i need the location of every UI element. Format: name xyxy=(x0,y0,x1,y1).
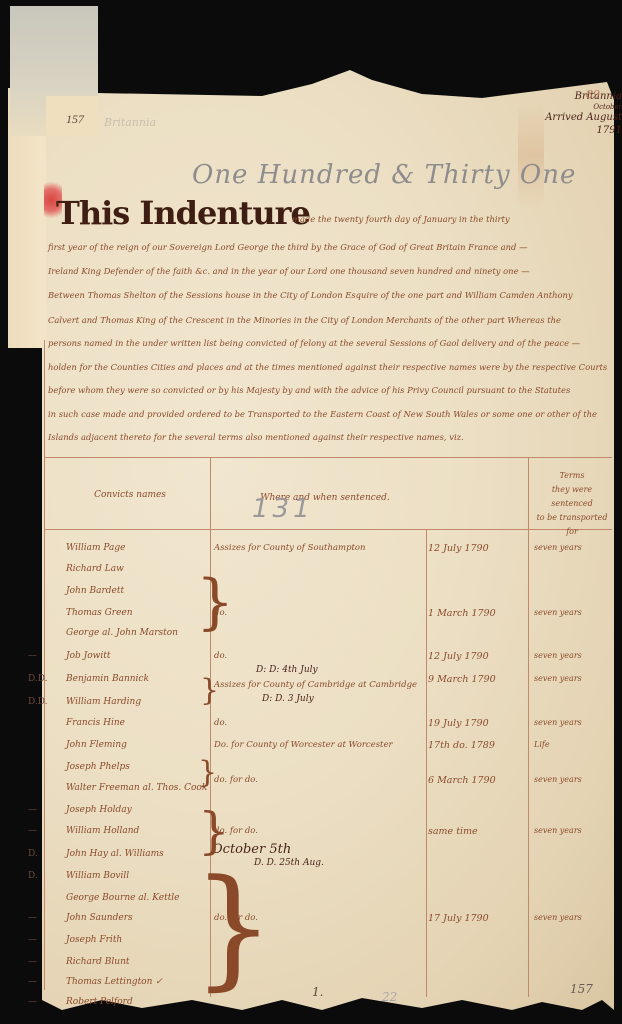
margin-mark: — xyxy=(28,805,37,815)
sentence-term: seven years xyxy=(534,674,582,683)
table-row: — Joseph Holday xyxy=(0,805,622,825)
margin-mark: D.D. xyxy=(28,674,48,684)
sentence-term: seven years xyxy=(534,826,582,835)
table-row: — Robert Pelford xyxy=(0,997,622,1017)
pencil-number: 131 xyxy=(252,494,314,524)
corner-ship: Britannia xyxy=(520,90,622,103)
body-line: Ireland King Defender of the faith &c. a… xyxy=(48,266,530,276)
convict-name: John Hay al. Williams xyxy=(66,849,164,859)
convict-name: William Harding xyxy=(66,697,141,707)
margin-mark: — xyxy=(28,997,37,1007)
header-terms-2: they were sentenced xyxy=(532,483,612,511)
table-row: George Bourne al. Kettle xyxy=(0,893,622,913)
bracket-group-5: } xyxy=(192,862,275,992)
sentence-date: 17th do. 1789 xyxy=(428,740,495,751)
table-row: Walter Freeman al. Thos. Cook do. for do… xyxy=(0,783,622,803)
folio-number: 89 xyxy=(586,88,600,101)
margin-mark: — xyxy=(28,651,37,661)
margin-mark: — xyxy=(28,913,37,923)
bracket-group-4: } xyxy=(198,806,230,856)
corner-arrived: Arrived August 1791 xyxy=(520,111,622,137)
annotation-dd-3-july: D: D. 3 July xyxy=(262,694,314,704)
pencil-title: One Hundred & Thirty One xyxy=(192,160,576,190)
convict-name: Joseph Phelps xyxy=(66,762,130,772)
body-line: holden for the Counties Cities and place… xyxy=(48,362,607,372)
sentence-term: seven years xyxy=(534,775,582,784)
convict-name: George Bourne al. Kettle xyxy=(66,893,180,903)
table-row: — Thomas Lettington ✓ xyxy=(0,977,622,997)
convict-name: Job Jowitt xyxy=(66,651,111,661)
sentence-date: 1 March 1790 xyxy=(428,608,496,619)
table-header-rule xyxy=(44,529,612,530)
table-row: John Fleming Do. for County of Worcester… xyxy=(0,740,622,760)
sentence-term: seven years xyxy=(534,543,582,552)
pencil-mark: 22 xyxy=(382,990,397,1004)
body-line: Calvert and Thomas King of the Crescent … xyxy=(48,315,561,325)
table-row: D.D. Benjamin Bannick Assizes for County… xyxy=(0,674,622,694)
convict-name: Richard Blunt xyxy=(66,957,129,967)
table-row: William Page Assizes for County of South… xyxy=(0,543,622,563)
margin-mark: D. xyxy=(28,871,38,881)
sentence-date: 12 July 1790 xyxy=(428,543,489,554)
sentence-date: 19 July 1790 xyxy=(428,718,489,729)
convict-name: George al. John Marston xyxy=(66,628,178,638)
convict-name: Thomas Lettington ✓ xyxy=(66,977,163,987)
sentence-term: seven years xyxy=(534,913,582,922)
faint-ship-name: Britannia xyxy=(104,116,156,129)
header-convicts-names: Convicts names xyxy=(60,490,200,500)
convict-name: Robert Pelford xyxy=(66,997,133,1007)
sentence-date: same time xyxy=(428,826,478,837)
convict-name: Richard Law xyxy=(66,564,124,574)
sentence-place: do. xyxy=(214,651,227,661)
table-row: Thomas Green do. 1 March 1790 seven year… xyxy=(0,608,622,628)
table-row: — Joseph Frith xyxy=(0,935,622,955)
table-row: John Bardett xyxy=(0,586,622,606)
convict-name: John Fleming xyxy=(66,740,127,750)
table-row: Francis Hine do. 19 July 1790 seven year… xyxy=(0,718,622,738)
table-row: George al. John Marston xyxy=(0,628,622,648)
convict-name: John Bardett xyxy=(66,586,124,596)
margin-mark: D. xyxy=(28,849,38,859)
table-row: — John Saunders do. for do. 17 July 1790… xyxy=(0,913,622,933)
sentence-term: seven years xyxy=(534,608,582,617)
margin-mark: — xyxy=(28,977,37,987)
header-terms-1: Terms xyxy=(532,469,612,483)
bracket-group-1: } xyxy=(196,572,234,632)
table-row: — William Holland do. for do. same time … xyxy=(0,826,622,846)
sentence-date: 12 July 1790 xyxy=(428,651,489,662)
body-line: before whom they were so convicted or by… xyxy=(48,385,570,395)
convict-name: Thomas Green xyxy=(66,608,133,618)
body-line: persons named in the under written list … xyxy=(48,338,580,348)
bracket-group-3: } xyxy=(198,758,217,788)
convict-name: Walter Freeman al. Thos. Cook xyxy=(66,783,207,793)
body-line: Between Thomas Shelton of the Sessions h… xyxy=(48,290,573,300)
body-line: first year of the reign of our Sovereign… xyxy=(48,242,527,252)
heading-tail: made the twenty fourth day of January in… xyxy=(292,214,510,224)
margin-mark: — xyxy=(28,957,37,967)
margin-mark: D.D. xyxy=(28,697,48,707)
margin-mark: — xyxy=(28,826,37,836)
convict-name: Francis Hine xyxy=(66,718,125,728)
table-row: Richard Law xyxy=(0,564,622,584)
sentence-place: Assizes for County of Cambridge at Cambr… xyxy=(214,680,417,690)
sentence-place: Do. for County of Worcester at Worcester xyxy=(214,740,393,750)
body-line: Islands adjacent thereto for the several… xyxy=(48,432,464,442)
table-top-rule xyxy=(44,457,612,458)
page-mark: 1. xyxy=(312,985,323,999)
sentence-term: seven years xyxy=(534,718,582,727)
sentence-date: 17 July 1790 xyxy=(428,913,489,924)
document-heading: This Indenture xyxy=(56,194,310,232)
sentence-place: do. for do. xyxy=(214,775,258,785)
table-row: D. William Bovill xyxy=(0,871,622,891)
table-row: — Richard Blunt xyxy=(0,957,622,977)
sentence-place: Assizes for County of Southampton xyxy=(214,543,366,553)
header-terms-4: for xyxy=(532,525,612,539)
convict-name: William Bovill xyxy=(66,871,129,881)
sentence-term: Life xyxy=(534,740,550,749)
convict-name: Joseph Holday xyxy=(66,805,132,815)
corner-month: October xyxy=(520,103,622,111)
margin-mark: — xyxy=(28,935,37,945)
convict-name: William Page xyxy=(66,543,125,553)
convict-name: Benjamin Bannick xyxy=(66,674,149,684)
corner-note: Britannia October Arrived August 1791 xyxy=(520,90,622,137)
sentence-place: do. xyxy=(214,718,227,728)
sentence-term: seven years xyxy=(534,651,582,660)
bottom-folio: 157 xyxy=(570,982,593,996)
bracket-group-2: } xyxy=(200,676,219,706)
sentence-date: 9 March 1790 xyxy=(428,674,496,685)
table-row: Joseph Phelps xyxy=(0,762,622,782)
archive-tab-number: 157 xyxy=(66,112,84,127)
annotation-dd-4th-july: D: D: 4th July xyxy=(256,665,318,675)
convict-name: Joseph Frith xyxy=(66,935,122,945)
body-line: in such case made and provided ordered t… xyxy=(48,409,597,419)
sentence-date: 6 March 1790 xyxy=(428,775,496,786)
convict-name: William Holland xyxy=(66,826,139,836)
header-terms-3: to be transported xyxy=(532,511,612,525)
header-terms: Terms they were sentenced to be transpor… xyxy=(532,469,612,539)
convict-name: John Saunders xyxy=(66,913,133,923)
